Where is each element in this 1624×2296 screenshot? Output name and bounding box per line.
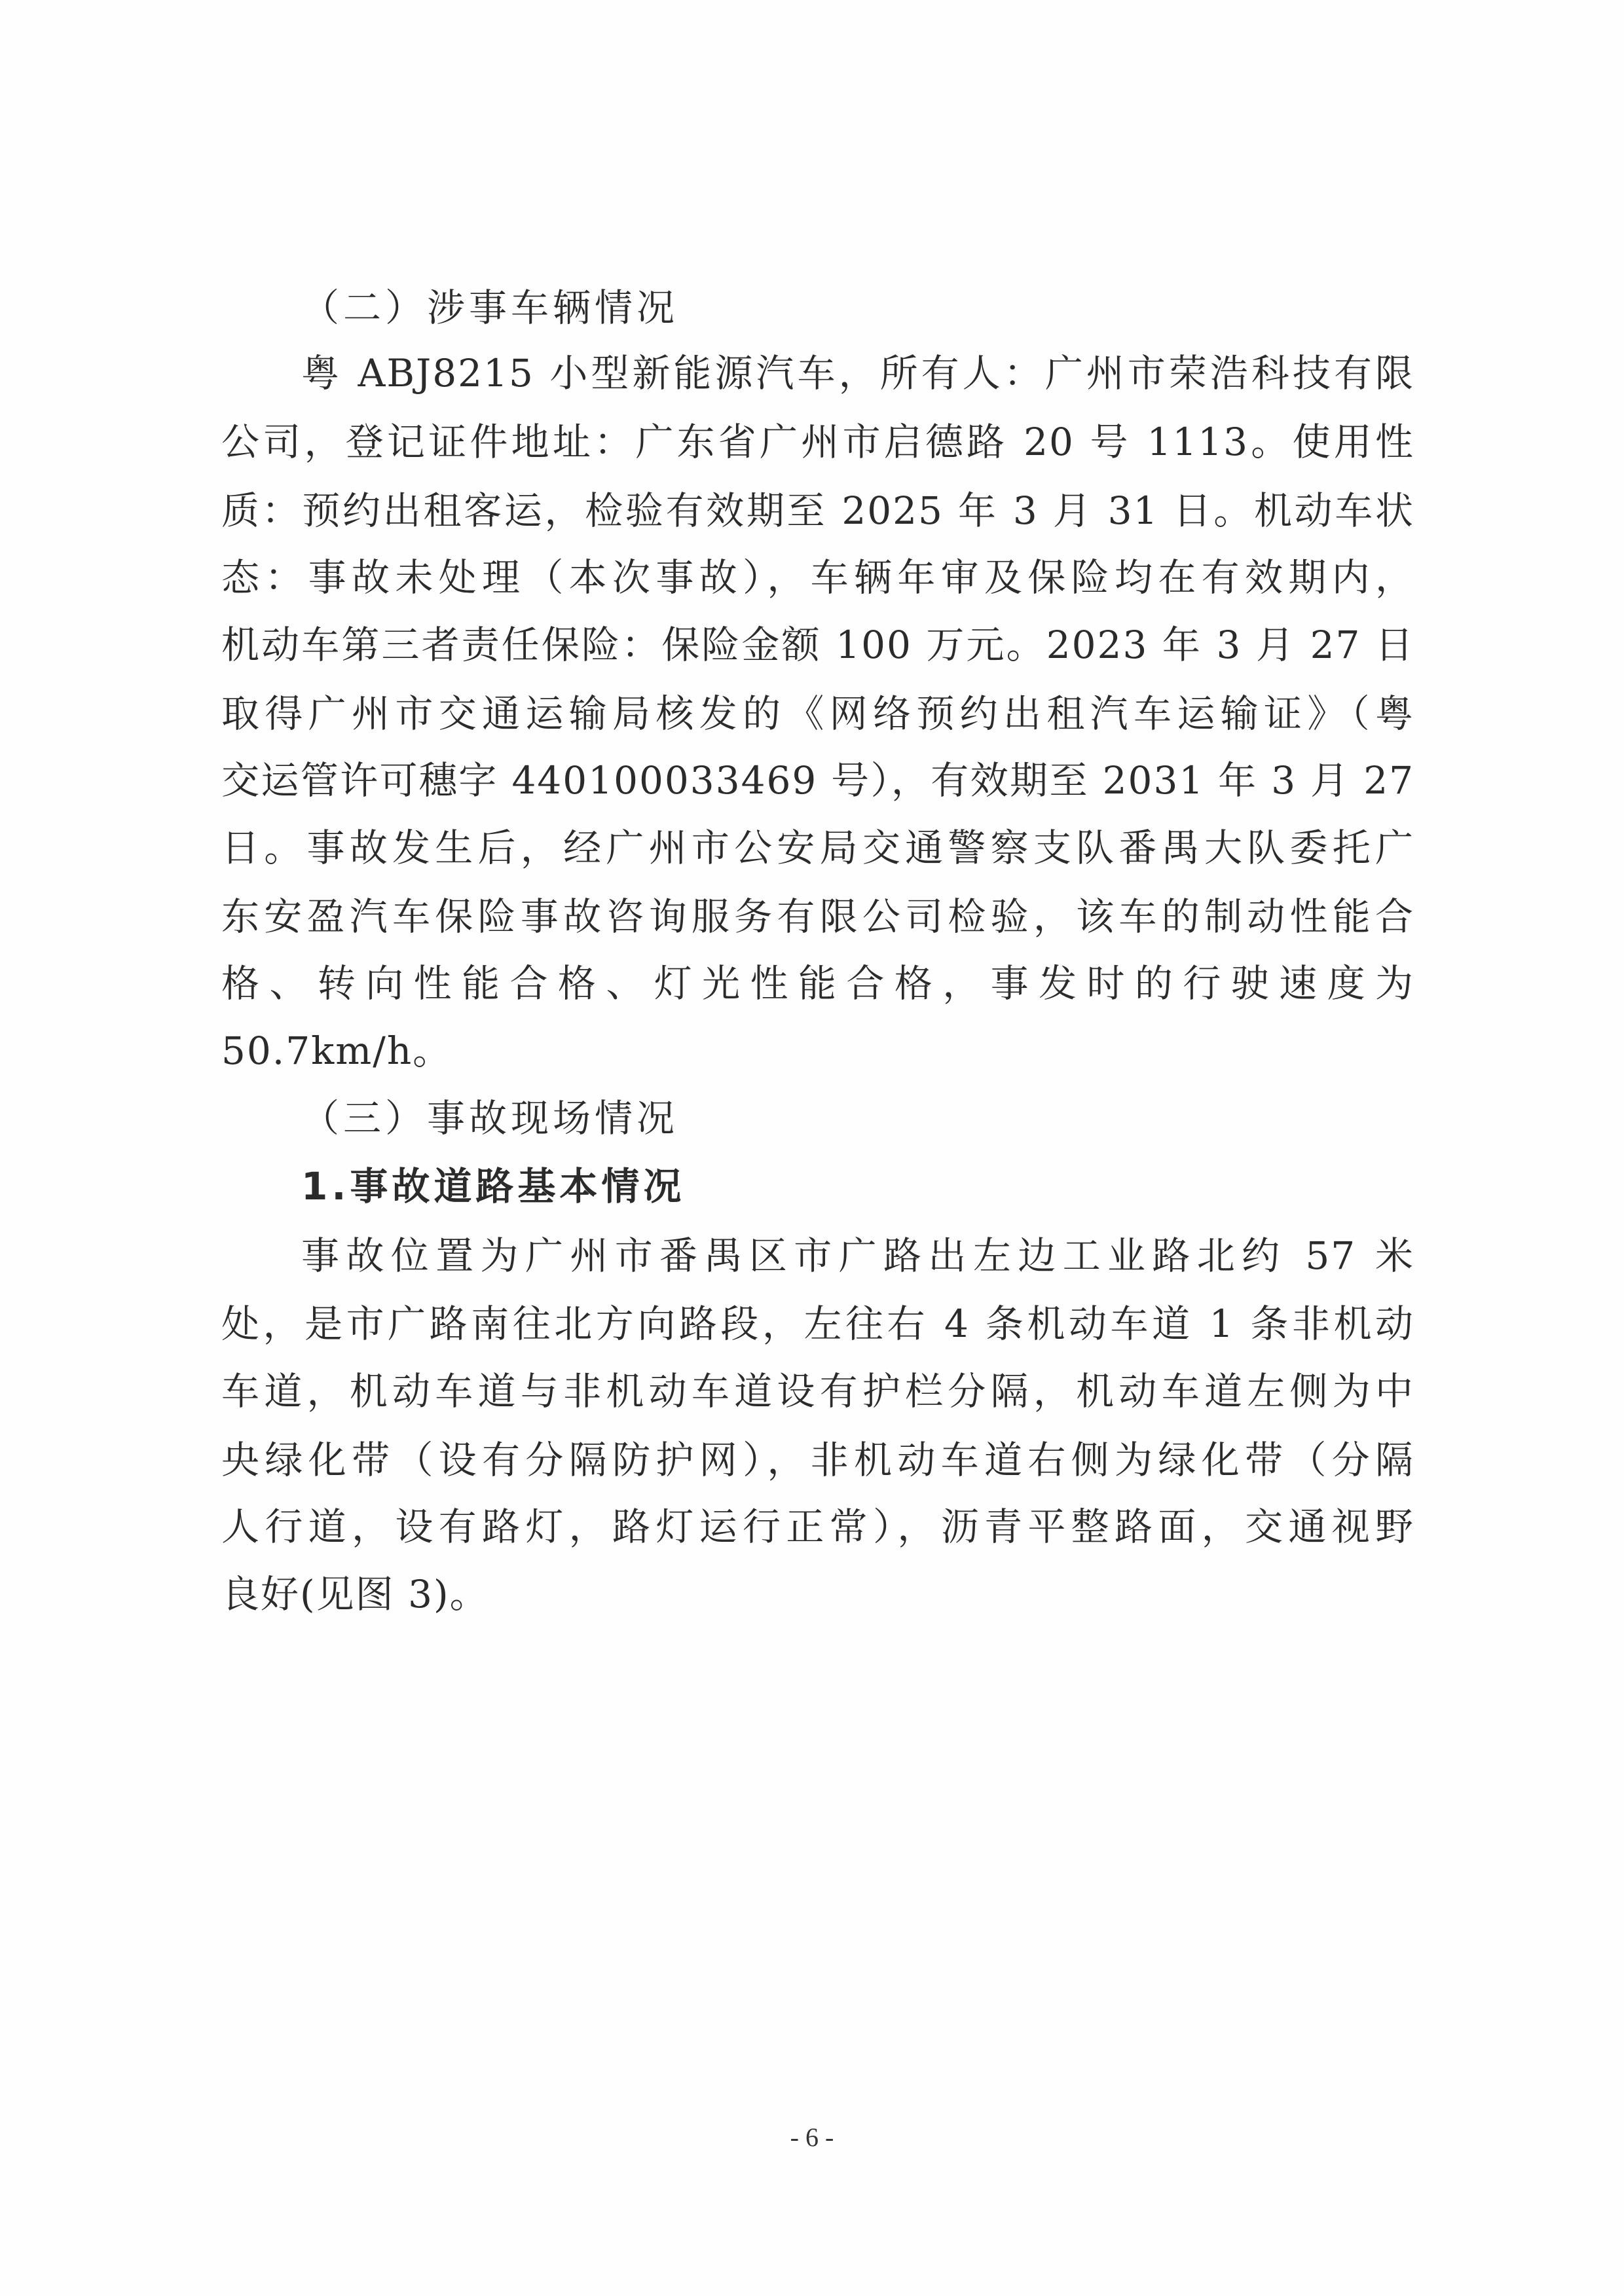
section-heading-vehicle: （二）涉事车辆情况 bbox=[301, 282, 678, 334]
paragraph-line: 人行道，设有路灯，路灯运行正常），沥青平整路面，交通视野 bbox=[221, 1501, 1414, 1553]
section-heading-scene: （三）事故现场情况 bbox=[301, 1092, 678, 1144]
paragraph-line: 央绿化带（设有分隔防护网），非机动车道右侧为绿化带（分隔 bbox=[221, 1434, 1414, 1486]
paragraph-line: 粤 ABJ8215 小型新能源汽车，所有人：广州市荣浩科技有限 bbox=[301, 347, 1414, 399]
paragraph-line: 车道，机动车道与非机动车道设有护栏分隔，机动车道左侧为中 bbox=[221, 1365, 1414, 1417]
paragraph-line: 机动车第三者责任保险：保险金额 100 万元。2023 年 3 月 27 日 bbox=[221, 619, 1414, 671]
page-number: - 6 - bbox=[779, 2121, 845, 2154]
paragraph-line: 事故位置为广州市番禺区市广路出左边工业路北约 57 米 bbox=[301, 1230, 1414, 1282]
paragraph-line: 格、转向性能合格、灯光性能合格，事发时的行驶速度为 bbox=[221, 957, 1414, 1010]
paragraph-line: 态：事故未处理（本次事故），车辆年审及保险均在有效期内， bbox=[221, 551, 1414, 604]
paragraph-line: 交运管许可穗字 440100033469 号），有效期至 2031 年 3 月 … bbox=[221, 754, 1414, 807]
document-page: （二）涉事车辆情况 粤 ABJ8215 小型新能源汽车，所有人：广州市荣浩科技有… bbox=[0, 0, 1624, 2296]
paragraph-line: 取得广州市交通运输局核发的《网络预约出租汽车运输证》（粤 bbox=[221, 687, 1414, 740]
subsection-heading-road: 1.事故道路基本情况 bbox=[301, 1160, 685, 1212]
paragraph-line: 50.7km/h。 bbox=[221, 1025, 1414, 1077]
paragraph-line: 东安盈汽车保险事故咨询服务有限公司检验，该车的制动性能合 bbox=[221, 890, 1414, 943]
paragraph-line: 处，是市广路南往北方向路段，左往右 4 条机动车道 1 条非机动 bbox=[221, 1298, 1414, 1350]
paragraph-line: 日。事故发生后，经广州市公安局交通警察支队番禺大队委托广 bbox=[221, 822, 1414, 874]
paragraph-line: 良好(见图 3)。 bbox=[221, 1568, 1414, 1620]
paragraph-line: 质：预约出租客运，检验有效期至 2025 年 3 月 31 日。机动车状 bbox=[221, 484, 1414, 537]
paragraph-line: 公司，登记证件地址：广东省广州市启德路 20 号 1113。使用性 bbox=[221, 416, 1414, 468]
